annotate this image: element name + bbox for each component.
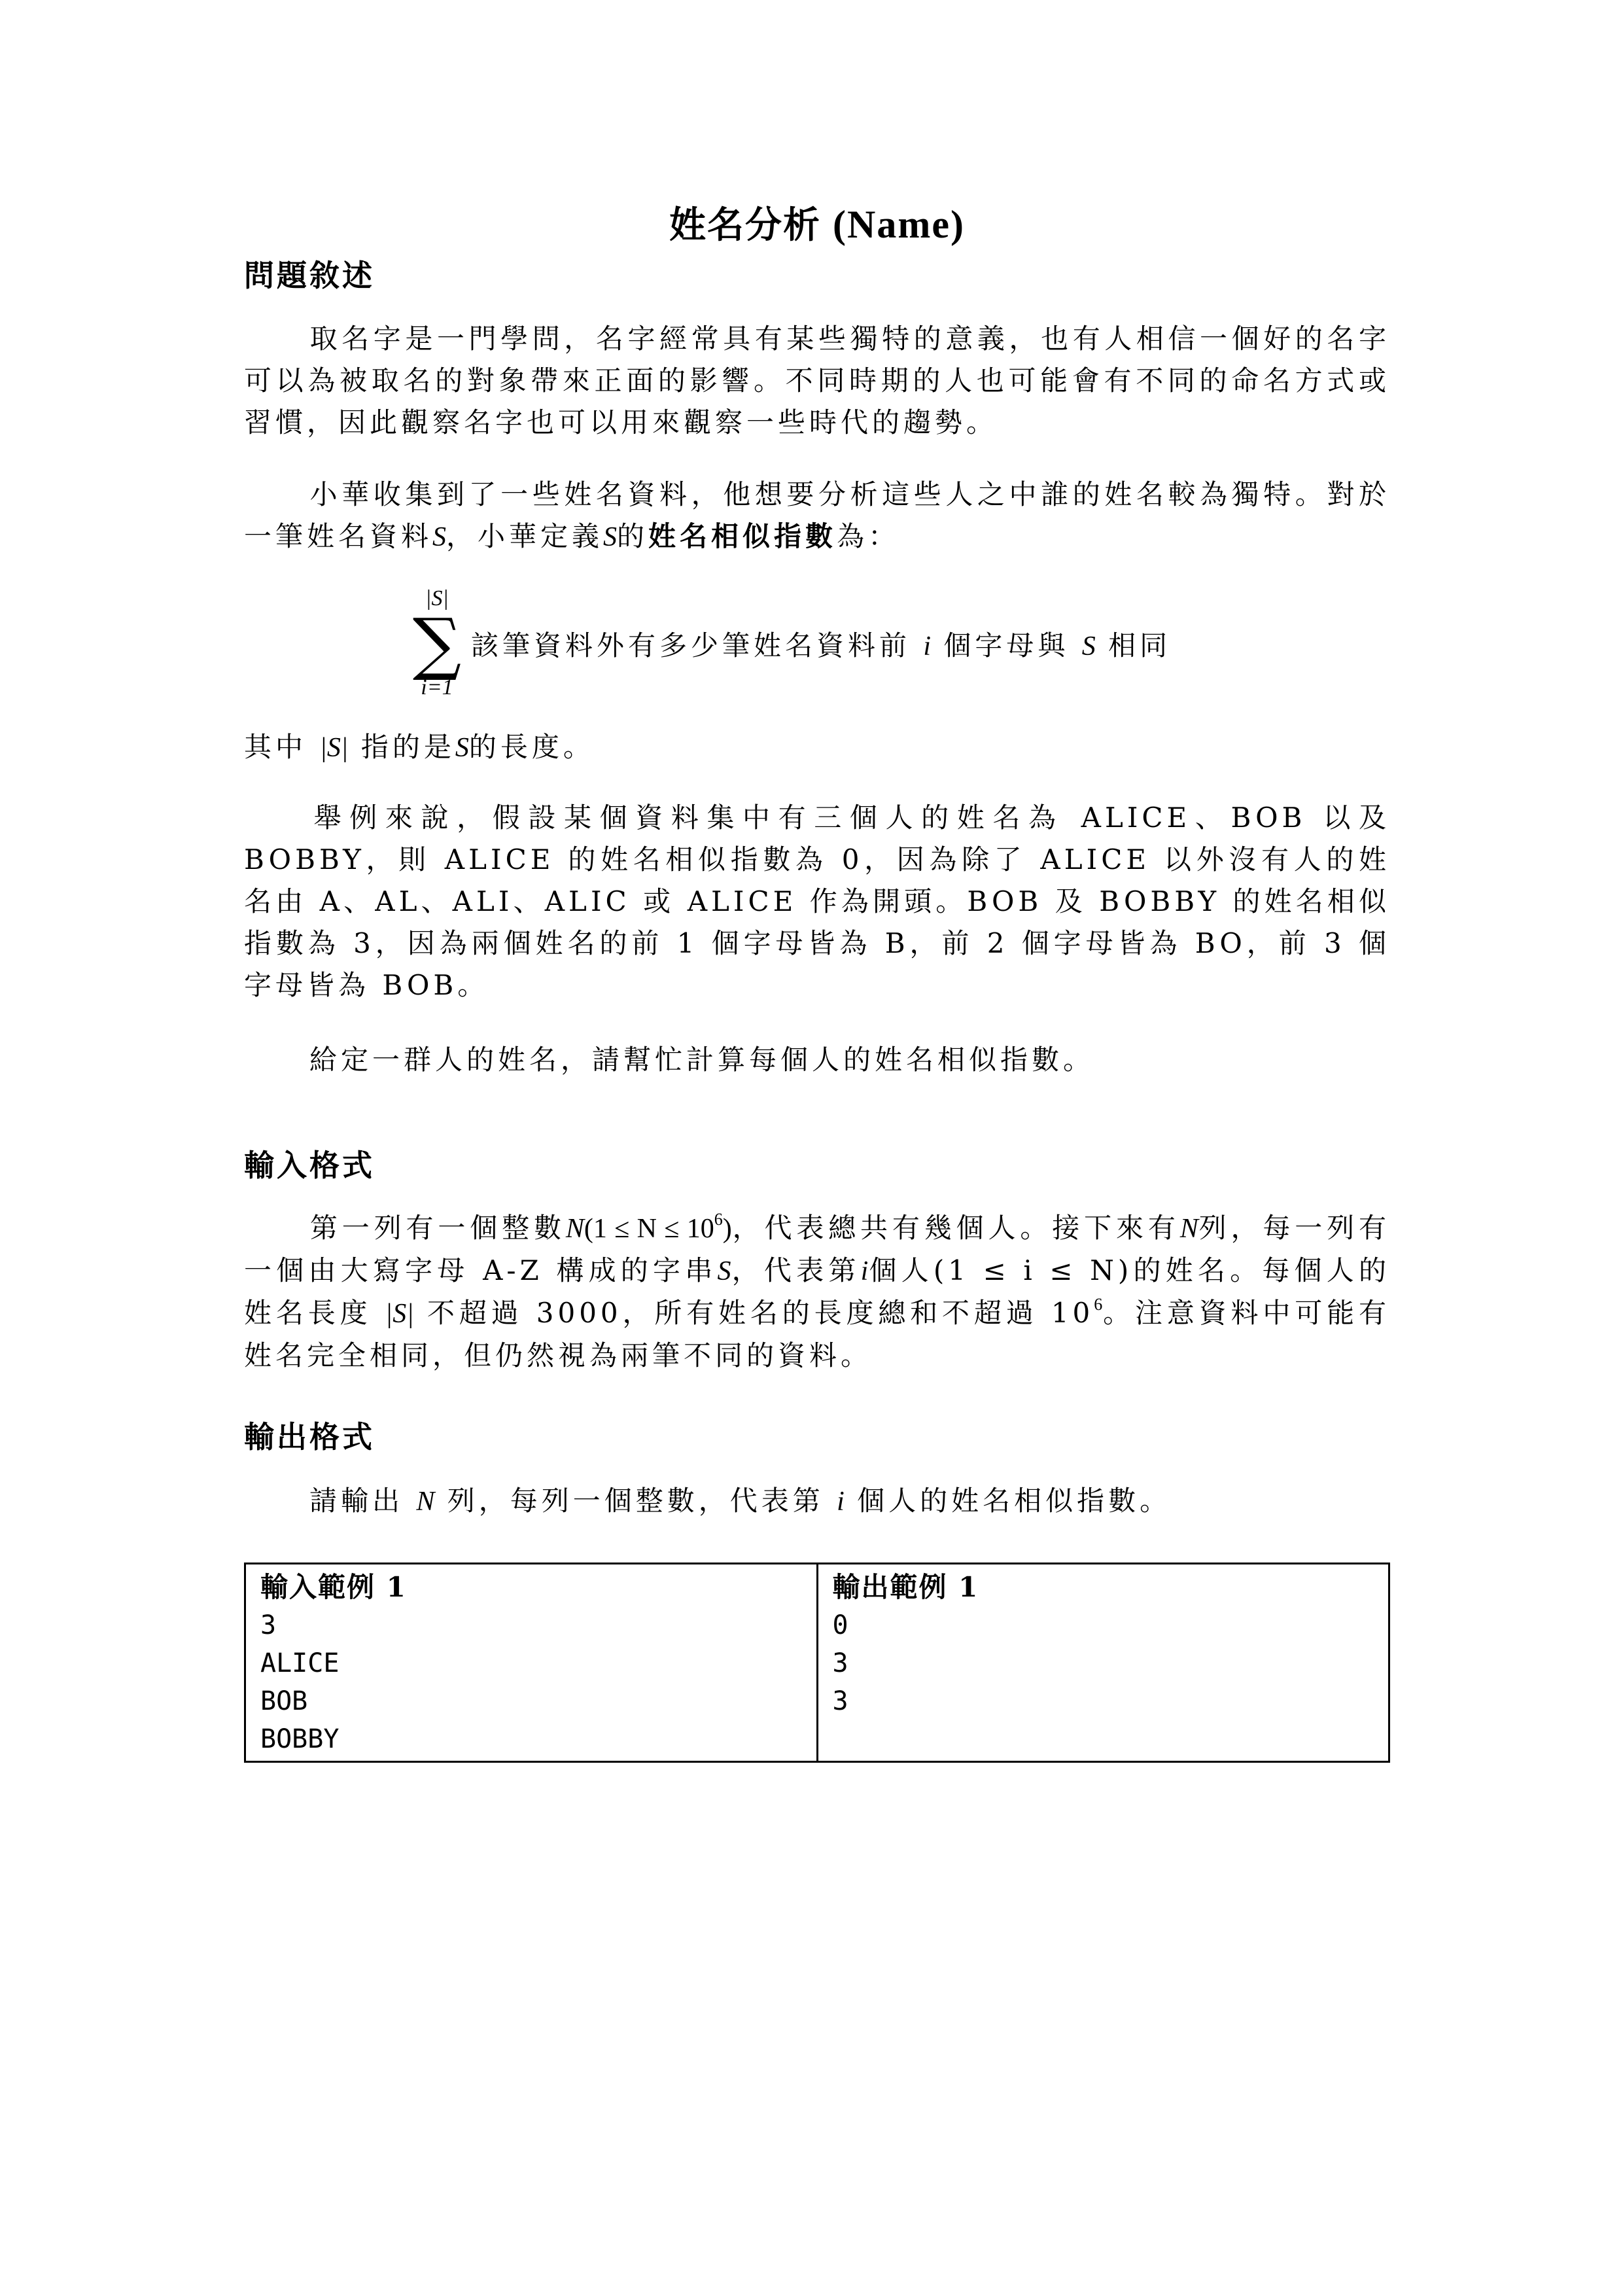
sample-output-line: 3	[833, 1682, 1374, 1720]
sample-io-table: 輸入範例 1 3 ALICE BOB BOBBY 輸出範例 1 0 3 3	[244, 1563, 1390, 1763]
section-heading-input: 輸入格式	[244, 1142, 375, 1185]
description-paragraph-4: 舉例來說，假設某個資料集中有三個人的姓名為 ALICE、BOB 以及 BOBBY…	[244, 797, 1390, 1006]
sample-input-line: BOBBY	[260, 1720, 802, 1758]
input-format-paragraph: 第一列有一個整數N(1 ≤ N ≤ 106)，代表總共有幾個人。接下來有N列，每…	[244, 1207, 1390, 1377]
output-format-paragraph: 請輸出 N 列，每列一個整數，代表第 i 個人的姓名相似指數。	[244, 1480, 1390, 1523]
description-paragraph-1: 取名字是一門學問，名字經常具有某些獨特的意義，也有人相信一個好的名字可以為被取名…	[244, 318, 1390, 444]
term-similarity-index: 姓名相似指數	[648, 520, 837, 552]
formula-body: 該筆資料外有多少筆姓名資料前 i 個字母與 S 相同	[471, 625, 1171, 667]
section-heading-output: 輸出格式	[244, 1413, 375, 1457]
section-heading-description: 問題敘述	[244, 252, 375, 295]
sample-input-line: BOB	[260, 1682, 802, 1720]
page-title: 姓名分析(Name)	[244, 196, 1390, 249]
sample-output-line: 0	[833, 1606, 1374, 1644]
description-paragraph-2: 小華收集到了一些姓名資料，他想要分析這些人之中誰的姓名較為獨特。對於一筆姓名資料…	[244, 474, 1390, 558]
sample-output-cell: 輸出範例 1 0 3 3	[817, 1564, 1389, 1762]
sample-output-header: 輸出範例 1	[833, 1568, 1374, 1606]
title-zh: 姓名分析	[669, 203, 821, 247]
sigma-symbol: ∑	[411, 612, 463, 675]
description-paragraph-3: 其中 |S| 指的是S的長度。	[244, 726, 1390, 769]
title-en: (Name)	[833, 203, 965, 246]
similarity-formula: |S| ∑ i=1 該筆資料外有多少筆姓名資料前 i 個字母與 S 相同	[411, 586, 1261, 710]
sample-input-header: 輸入範例 1	[260, 1568, 802, 1606]
summation: |S| ∑ i=1	[411, 586, 463, 701]
sample-input-line: ALICE	[260, 1644, 802, 1682]
sample-input-line: 3	[260, 1606, 802, 1644]
sample-output-line: 3	[833, 1644, 1374, 1682]
description-paragraph-5: 給定一群人的姓名，請幫忙計算每個人的姓名相似指數。	[244, 1039, 1390, 1081]
sample-input-cell: 輸入範例 1 3 ALICE BOB BOBBY	[245, 1564, 818, 1762]
